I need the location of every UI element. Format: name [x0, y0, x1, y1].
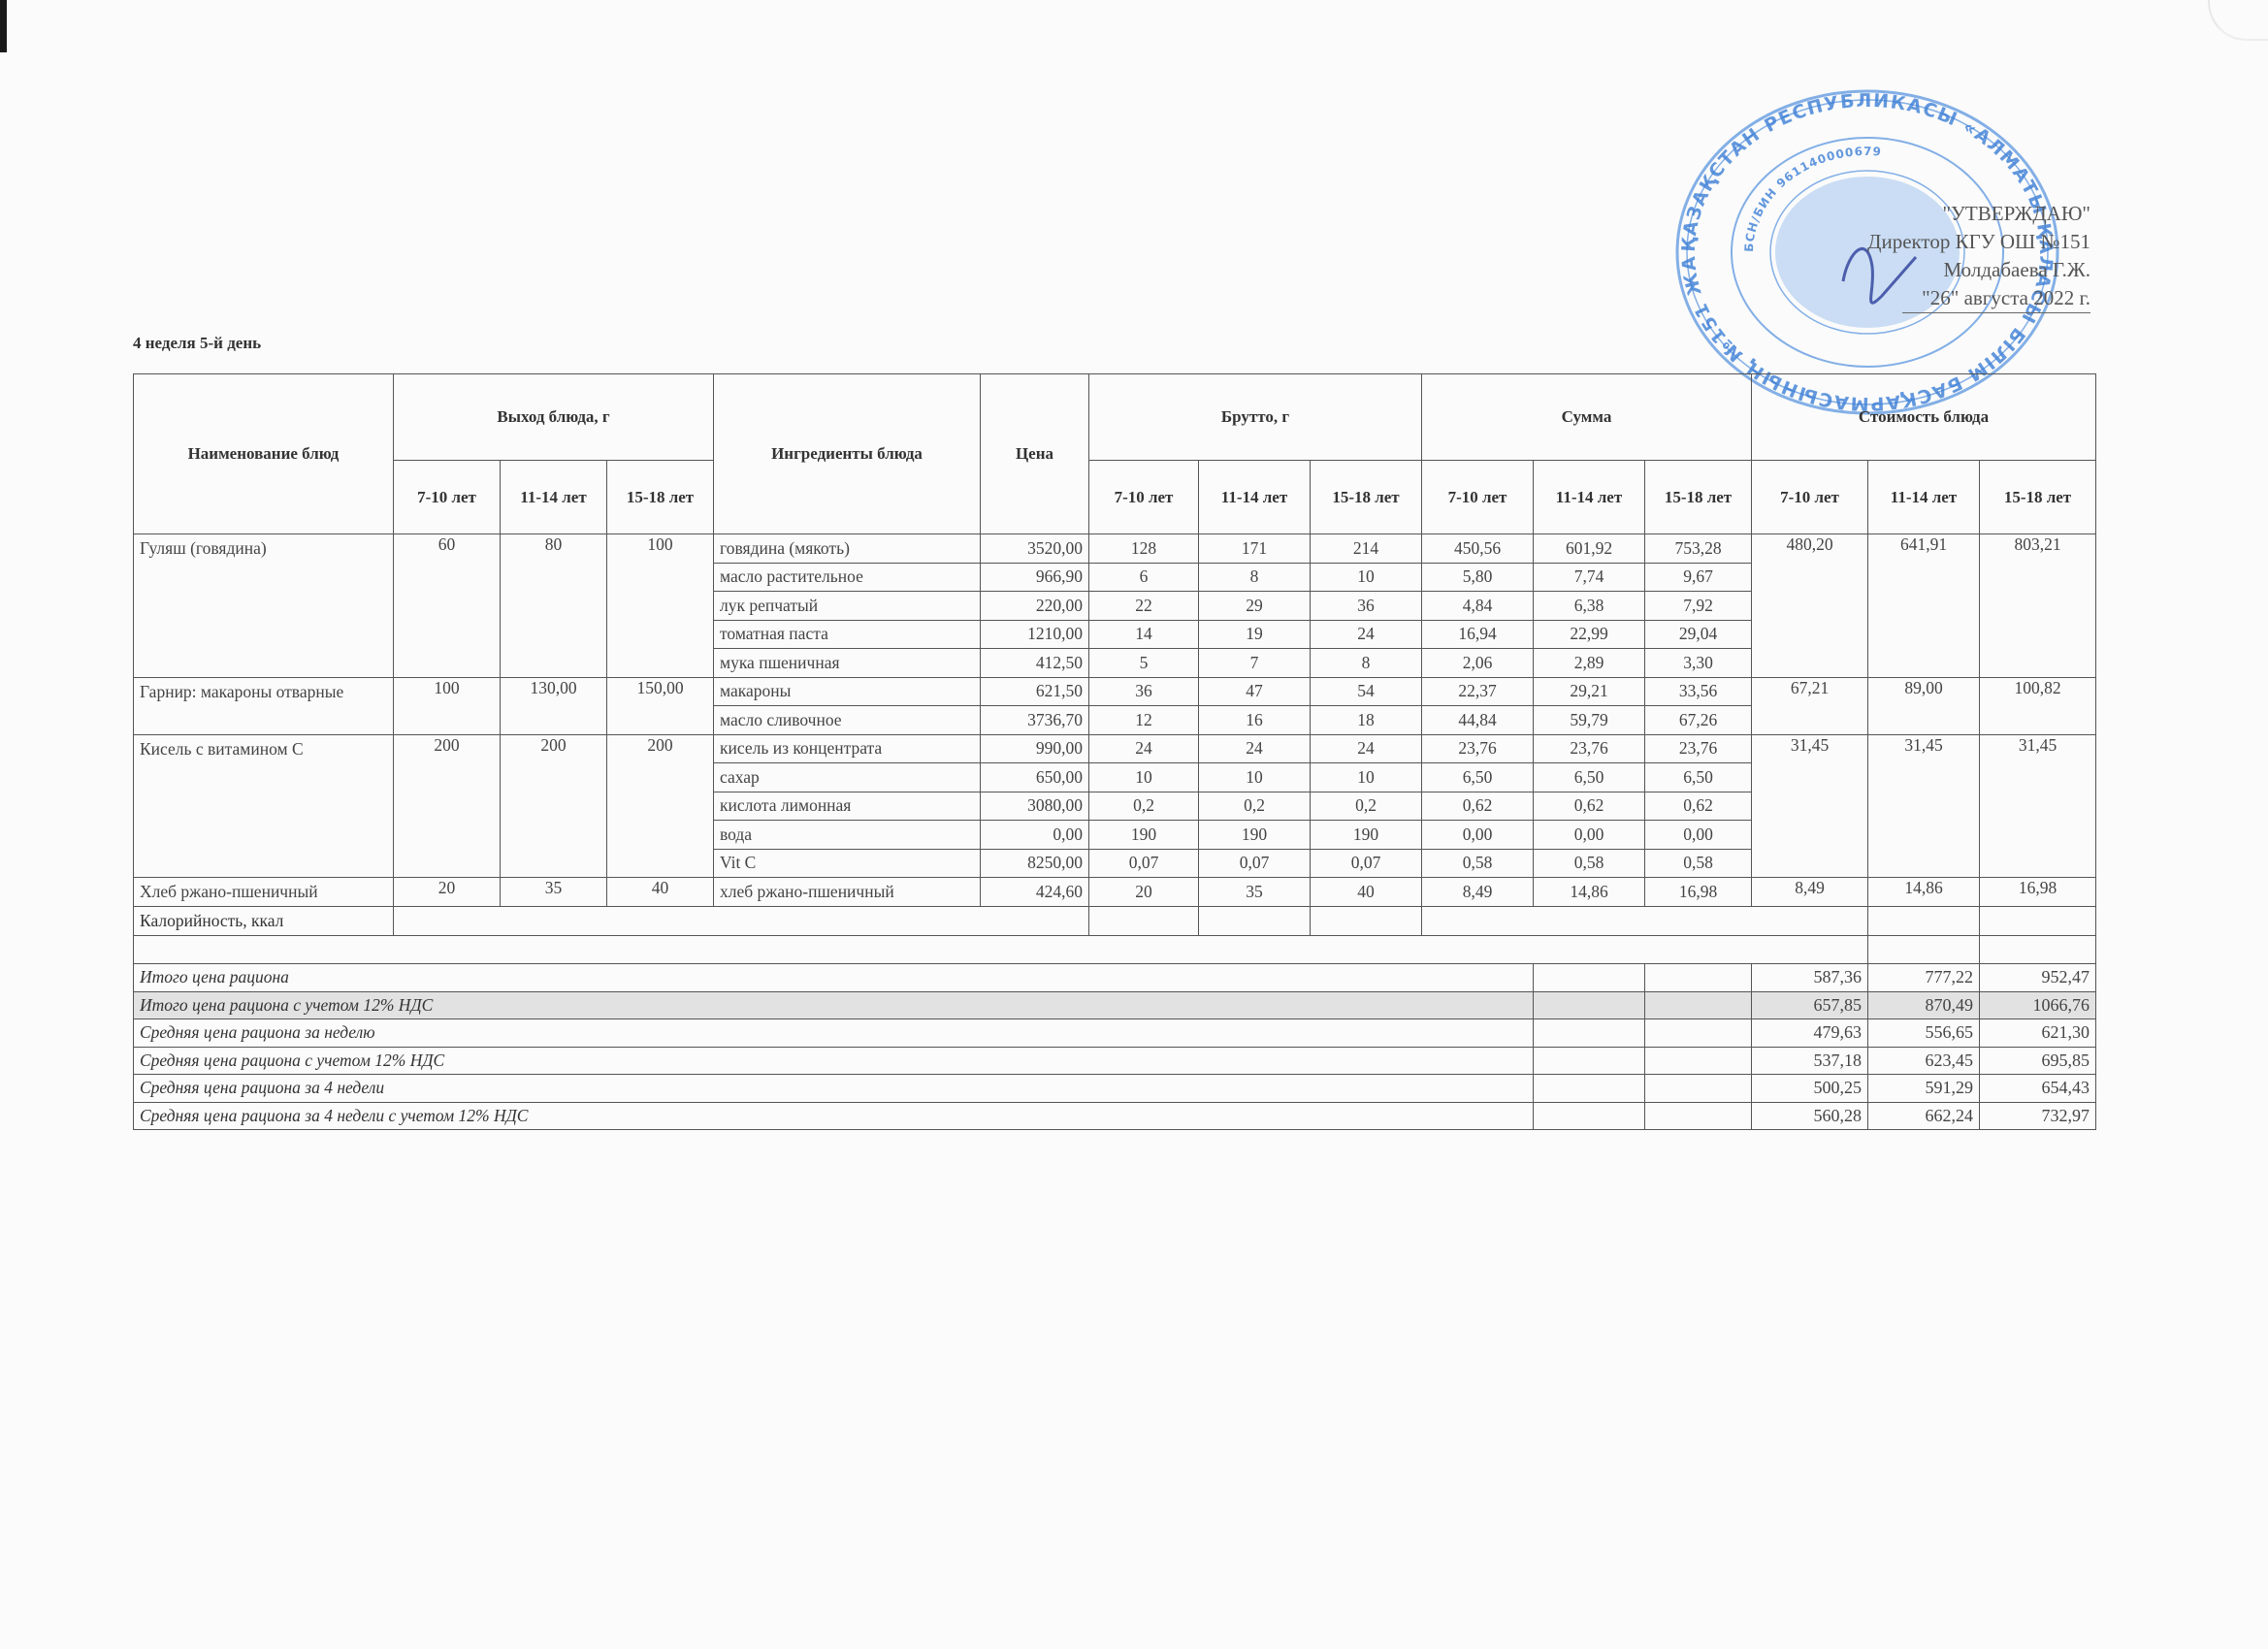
ingredient-brutto: 35 — [1199, 878, 1311, 907]
ingredient-sum: 450,56 — [1422, 534, 1534, 564]
ingredient-sum: 6,50 — [1534, 763, 1645, 792]
ingredient-brutto: 0,07 — [1199, 849, 1311, 878]
ingredient-brutto: 0,2 — [1199, 792, 1311, 821]
dish-yield: 100 — [607, 534, 714, 678]
ingredient-sum: 59,79 — [1534, 706, 1645, 735]
ingredient-sum: 29,21 — [1534, 677, 1645, 706]
ingredient-price: 3736,70 — [981, 706, 1089, 735]
header-brutto: Брутто, г — [1089, 374, 1422, 461]
summary-value: 777,22 — [1868, 964, 1980, 992]
spacer-row — [134, 935, 2096, 964]
dish-cost: 31,45 — [1868, 734, 1980, 878]
header-cost: Стоимость блюда — [1752, 374, 2096, 461]
summary-empty — [1645, 964, 1752, 992]
ingredient-sum: 22,99 — [1534, 620, 1645, 649]
header-sum-age-2: 15-18 лет — [1645, 461, 1752, 534]
dish-yield: 40 — [607, 878, 714, 907]
ingredient-name: говядина (мякоть) — [714, 534, 981, 564]
ingredient-sum: 2,89 — [1534, 649, 1645, 678]
summary-label: Средняя цена рациона за 4 недели с учето… — [134, 1102, 1534, 1130]
dish-cost: 89,00 — [1868, 677, 1980, 734]
summary-empty — [1645, 1047, 1752, 1075]
ingredient-name: лук репчатый — [714, 592, 981, 621]
ingredient-sum: 23,76 — [1422, 734, 1534, 763]
ingredient-price: 990,00 — [981, 734, 1089, 763]
ingredient-brutto: 29 — [1199, 592, 1311, 621]
calories-label: Калорийность, ккал — [134, 907, 394, 936]
ingredient-price: 621,50 — [981, 677, 1089, 706]
ingredient-sum: 0,00 — [1534, 821, 1645, 850]
summary-empty — [1645, 1019, 1752, 1048]
ingredient-sum: 0,62 — [1645, 792, 1752, 821]
ingredient-brutto: 47 — [1199, 677, 1311, 706]
dish-cost: 16,98 — [1980, 878, 2096, 907]
dish-cost: 641,91 — [1868, 534, 1980, 678]
table-row: Гуляш (говядина)6080100говядина (мякоть)… — [134, 534, 2096, 564]
calories-brutto-empty — [1311, 907, 1422, 936]
dish-yield: 200 — [607, 734, 714, 878]
summary-value: 870,49 — [1868, 991, 1980, 1019]
summary-row: Средняя цена рациона за 4 недели500,2559… — [134, 1075, 2096, 1103]
header-cost-age-2: 15-18 лет — [1980, 461, 2096, 534]
dish-yield: 130,00 — [501, 677, 607, 734]
ingredient-name: томатная паста — [714, 620, 981, 649]
ingredient-price: 8250,00 — [981, 849, 1089, 878]
table-row: Кисель с витамином С200200200кисель из к… — [134, 734, 2096, 763]
dish-yield: 20 — [394, 878, 501, 907]
ingredient-price: 0,00 — [981, 821, 1089, 850]
calories-row: Калорийность, ккал — [134, 907, 2096, 936]
dish-yield: 200 — [501, 734, 607, 878]
approval-date: "26" августа 2022 г. — [1902, 284, 2090, 313]
ingredient-brutto: 214 — [1311, 534, 1422, 564]
header-price: Цена — [981, 374, 1089, 534]
table-row: Хлеб ржано-пшеничный203540хлеб ржано-пше… — [134, 878, 2096, 907]
dish-cost: 100,82 — [1980, 677, 2096, 734]
ingredient-brutto: 190 — [1199, 821, 1311, 850]
ingredient-brutto: 171 — [1199, 534, 1311, 564]
ingredient-brutto: 10 — [1311, 763, 1422, 792]
summary-value: 560,28 — [1752, 1102, 1868, 1130]
ingredient-brutto: 10 — [1199, 763, 1311, 792]
ingredient-name: хлеб ржано-пшеничный — [714, 878, 981, 907]
spacer-empty — [134, 935, 1868, 964]
summary-value: 654,43 — [1980, 1075, 2096, 1103]
summary-value: 952,47 — [1980, 964, 2096, 992]
header-brutto-age-1: 11-14 лет — [1199, 461, 1311, 534]
ingredient-sum: 0,58 — [1534, 849, 1645, 878]
ingredient-sum: 16,98 — [1645, 878, 1752, 907]
ingredient-sum: 0,62 — [1534, 792, 1645, 821]
header-brutto-age-0: 7-10 лет — [1089, 461, 1199, 534]
ingredient-sum: 44,84 — [1422, 706, 1534, 735]
summary-row: Итого цена рациона с учетом 12% НДС657,8… — [134, 991, 2096, 1019]
ingredient-sum: 6,50 — [1645, 763, 1752, 792]
ingredient-brutto: 7 — [1199, 649, 1311, 678]
dish-cost: 14,86 — [1868, 878, 1980, 907]
summary-row: Итого цена рациона587,36777,22952,47 — [134, 964, 2096, 992]
summary-empty — [1534, 1102, 1645, 1130]
ingredient-sum: 22,37 — [1422, 677, 1534, 706]
dish-yield: 200 — [394, 734, 501, 878]
dish-yield: 150,00 — [607, 677, 714, 734]
ingredient-sum: 4,84 — [1422, 592, 1534, 621]
day-title: 4 неделя 5-й день — [133, 334, 261, 353]
ingredient-sum: 14,86 — [1534, 878, 1645, 907]
ingredient-name: макароны — [714, 677, 981, 706]
summary-value: 621,30 — [1980, 1019, 2096, 1048]
header-brutto-age-2: 15-18 лет — [1311, 461, 1422, 534]
calories-empty — [1868, 907, 1980, 936]
ingredient-name: кислота лимонная — [714, 792, 981, 821]
summary-value: 556,65 — [1868, 1019, 1980, 1048]
ingredient-name: масло растительное — [714, 563, 981, 592]
ingredient-brutto: 20 — [1089, 878, 1199, 907]
ingredient-name: масло сливочное — [714, 706, 981, 735]
ingredient-sum: 3,30 — [1645, 649, 1752, 678]
summary-value: 1066,76 — [1980, 991, 2096, 1019]
dish-cost: 31,45 — [1980, 734, 2096, 878]
summary-label: Средняя цена рациона за неделю — [134, 1019, 1534, 1048]
summary-label: Средняя цена рациона за 4 недели — [134, 1075, 1534, 1103]
ingredient-sum: 753,28 — [1645, 534, 1752, 564]
ingredient-brutto: 0,2 — [1089, 792, 1199, 821]
summary-empty — [1645, 1075, 1752, 1103]
ingredient-brutto: 8 — [1311, 649, 1422, 678]
ingredient-sum: 9,67 — [1645, 563, 1752, 592]
header-yield-age-0: 7-10 лет — [394, 461, 501, 534]
ingredient-brutto: 54 — [1311, 677, 1422, 706]
ingredient-sum: 6,38 — [1534, 592, 1645, 621]
dish-cost: 480,20 — [1752, 534, 1868, 678]
dish-yield: 80 — [501, 534, 607, 678]
summary-empty — [1645, 991, 1752, 1019]
ingredient-brutto: 22 — [1089, 592, 1199, 621]
header-cost-age-0: 7-10 лет — [1752, 461, 1868, 534]
summary-empty — [1534, 964, 1645, 992]
table-row: Гарнир: макароны отварные100130,00150,00… — [134, 677, 2096, 706]
ingredient-brutto: 128 — [1089, 534, 1199, 564]
ingredient-brutto: 14 — [1089, 620, 1199, 649]
ingredient-brutto: 10 — [1311, 563, 1422, 592]
ingredient-brutto: 19 — [1199, 620, 1311, 649]
ingredient-price: 220,00 — [981, 592, 1089, 621]
dish-yield: 35 — [501, 878, 607, 907]
summary-value: 479,63 — [1752, 1019, 1868, 1048]
ingredient-name: сахар — [714, 763, 981, 792]
calories-empty — [1980, 907, 2096, 936]
dish-name: Гуляш (говядина) — [134, 534, 394, 678]
ingredient-sum: 2,06 — [1422, 649, 1534, 678]
ingredient-brutto: 24 — [1311, 734, 1422, 763]
summary-value: 662,24 — [1868, 1102, 1980, 1130]
spacer-empty — [1868, 935, 1980, 964]
header-yield-age-2: 15-18 лет — [607, 461, 714, 534]
ingredient-name: мука пшеничная — [714, 649, 981, 678]
dish-yield: 100 — [394, 677, 501, 734]
header-yield-age-1: 11-14 лет — [501, 461, 607, 534]
calories-empty — [1422, 907, 1868, 936]
dish-name: Кисель с витамином С — [134, 734, 394, 878]
ingredient-brutto: 36 — [1311, 592, 1422, 621]
ingredient-name: вода — [714, 821, 981, 850]
summary-empty — [1645, 1102, 1752, 1130]
summary-value: 537,18 — [1752, 1047, 1868, 1075]
ingredient-sum: 16,94 — [1422, 620, 1534, 649]
header-dish-name: Наименование блюд — [134, 374, 394, 534]
ingredient-brutto: 24 — [1199, 734, 1311, 763]
header-sum: Сумма — [1422, 374, 1752, 461]
ingredient-brutto: 190 — [1089, 821, 1199, 850]
approval-signatory: Молдабаева Г.Ж. — [1804, 256, 2090, 284]
ingredient-sum: 29,04 — [1645, 620, 1752, 649]
ingredient-sum: 601,92 — [1534, 534, 1645, 564]
summary-value: 500,25 — [1752, 1075, 1868, 1103]
dish-name: Гарнир: макароны отварные — [134, 677, 394, 734]
ingredient-brutto: 36 — [1089, 677, 1199, 706]
summary-value: 657,85 — [1752, 991, 1868, 1019]
ingredient-brutto: 24 — [1089, 734, 1199, 763]
summary-empty — [1534, 1075, 1645, 1103]
header-ingredients: Ингредиенты блюда — [714, 374, 981, 534]
approval-block: "УТВЕРЖДАЮ" Директор КГУ ОШ №151 Молдаба… — [1804, 200, 2090, 313]
ingredient-sum: 0,00 — [1645, 821, 1752, 850]
summary-empty — [1534, 1019, 1645, 1048]
ingredient-sum: 7,92 — [1645, 592, 1752, 621]
ingredient-sum: 7,74 — [1534, 563, 1645, 592]
summary-label: Итого цена рациона с учетом 12% НДС — [134, 991, 1534, 1019]
ingredient-brutto: 5 — [1089, 649, 1199, 678]
summary-value: 695,85 — [1980, 1047, 2096, 1075]
header-yield: Выход блюда, г — [394, 374, 714, 461]
summary-value: 587,36 — [1752, 964, 1868, 992]
summary-value: 591,29 — [1868, 1075, 1980, 1103]
dish-cost: 803,21 — [1980, 534, 2096, 678]
ingredient-price: 650,00 — [981, 763, 1089, 792]
summary-empty — [1534, 1047, 1645, 1075]
page-curl — [2208, 0, 2268, 41]
ingredient-brutto: 0,07 — [1089, 849, 1199, 878]
spacer-empty — [1980, 935, 2096, 964]
calories-brutto-empty — [1089, 907, 1199, 936]
ingredient-brutto: 12 — [1089, 706, 1199, 735]
approval-heading: "УТВЕРЖДАЮ" — [1804, 200, 2090, 228]
ingredient-sum: 0,00 — [1422, 821, 1534, 850]
ingredient-brutto: 6 — [1089, 563, 1199, 592]
dish-yield: 60 — [394, 534, 501, 678]
ingredient-brutto: 8 — [1199, 563, 1311, 592]
header-cost-age-1: 11-14 лет — [1868, 461, 1980, 534]
ingredient-sum: 5,80 — [1422, 563, 1534, 592]
ingredient-brutto: 190 — [1311, 821, 1422, 850]
ingredient-price: 1210,00 — [981, 620, 1089, 649]
ingredient-brutto: 16 — [1199, 706, 1311, 735]
summary-value: 623,45 — [1868, 1047, 1980, 1075]
scan-edge-mark — [0, 0, 7, 52]
ingredient-sum: 33,56 — [1645, 677, 1752, 706]
summary-row: Средняя цена рациона за 4 недели с учето… — [134, 1102, 2096, 1130]
header-sum-age-0: 7-10 лет — [1422, 461, 1534, 534]
ingredient-price: 424,60 — [981, 878, 1089, 907]
ingredient-sum: 6,50 — [1422, 763, 1534, 792]
ingredient-sum: 0,58 — [1645, 849, 1752, 878]
calories-brutto-empty — [1199, 907, 1311, 936]
ingredient-brutto: 40 — [1311, 878, 1422, 907]
dish-name: Хлеб ржано-пшеничный — [134, 878, 394, 907]
summary-row: Средняя цена рациона за неделю479,63556,… — [134, 1019, 2096, 1048]
dish-cost: 31,45 — [1752, 734, 1868, 878]
ingredient-name: Vit C — [714, 849, 981, 878]
ingredient-price: 3080,00 — [981, 792, 1089, 821]
ingredient-sum: 23,76 — [1534, 734, 1645, 763]
dish-cost: 8,49 — [1752, 878, 1868, 907]
ingredient-sum: 23,76 — [1645, 734, 1752, 763]
ingredient-sum: 8,49 — [1422, 878, 1534, 907]
ingredient-price: 412,50 — [981, 649, 1089, 678]
ingredient-sum: 0,62 — [1422, 792, 1534, 821]
header-sum-age-1: 11-14 лет — [1534, 461, 1645, 534]
ingredient-price: 3520,00 — [981, 534, 1089, 564]
ingredient-sum: 0,58 — [1422, 849, 1534, 878]
ingredient-brutto: 18 — [1311, 706, 1422, 735]
summary-label: Средняя цена рациона с учетом 12% НДС — [134, 1047, 1534, 1075]
calories-empty — [394, 907, 1089, 936]
ingredient-price: 966,90 — [981, 563, 1089, 592]
approval-position: Директор КГУ ОШ №151 — [1804, 228, 2090, 256]
ingredient-brutto: 10 — [1089, 763, 1199, 792]
ingredient-name: кисель из концентрата — [714, 734, 981, 763]
summary-empty — [1534, 991, 1645, 1019]
ingredient-brutto: 24 — [1311, 620, 1422, 649]
ingredient-brutto: 0,2 — [1311, 792, 1422, 821]
ingredient-brutto: 0,07 — [1311, 849, 1422, 878]
dish-cost: 67,21 — [1752, 677, 1868, 734]
summary-value: 732,97 — [1980, 1102, 2096, 1130]
summary-label: Итого цена рациона — [134, 964, 1534, 992]
summary-row: Средняя цена рациона с учетом 12% НДС537… — [134, 1047, 2096, 1075]
menu-table: Наименование блюд Выход блюда, г Ингреди… — [133, 373, 2096, 1130]
ingredient-sum: 67,26 — [1645, 706, 1752, 735]
